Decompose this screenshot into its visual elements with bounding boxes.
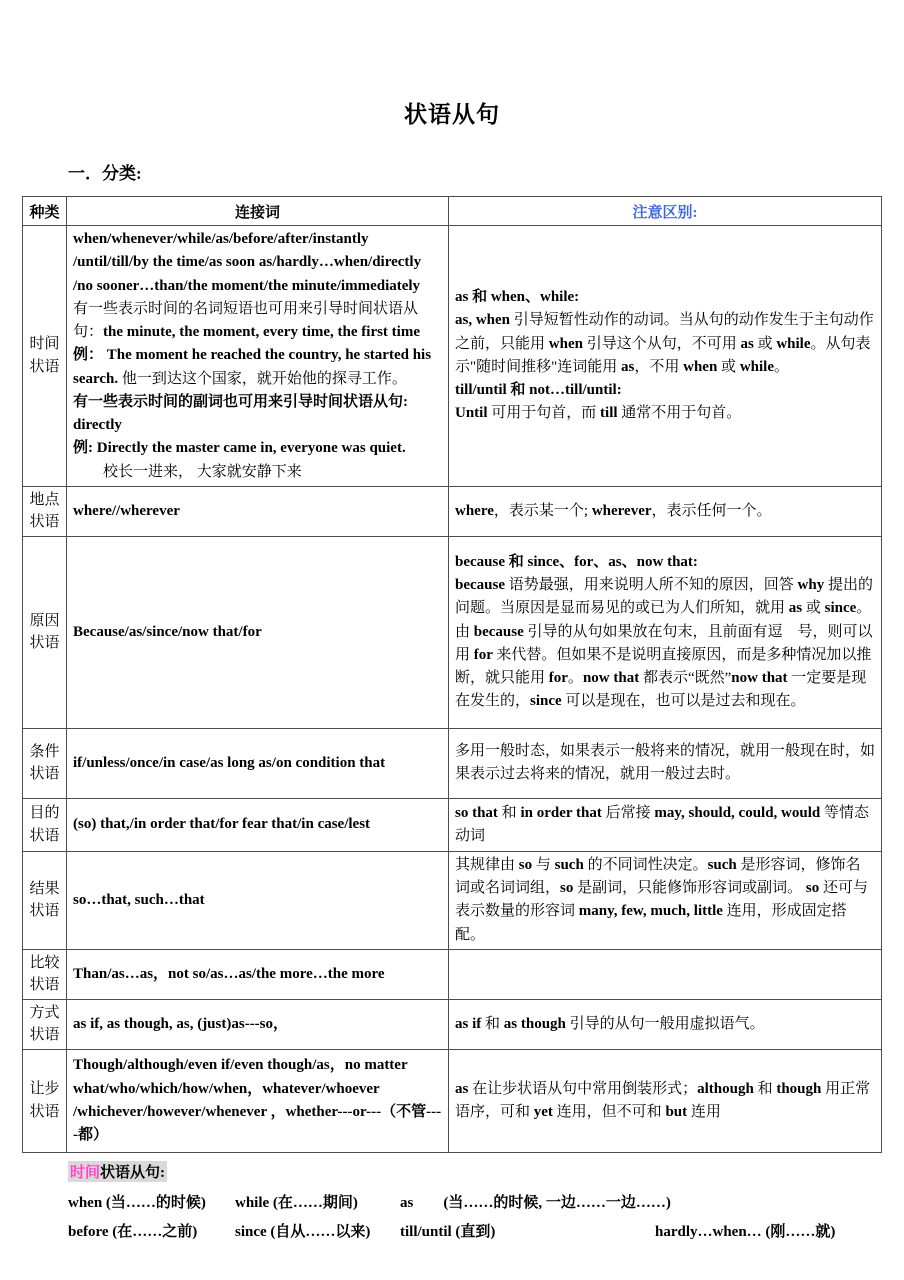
row-note: as 和 when、while:as, when 引导短暂性动作的动词。当从句的…	[449, 226, 882, 487]
time-clause-section: 时间状语从句: when (当……的时候) while (在……期间) as (…	[68, 1161, 904, 1245]
row-type-label: 方式状语	[23, 999, 67, 1049]
row-type-label: 让步状语	[23, 1049, 67, 1152]
classification-table: 种类 连接词 注意区别: 时间状语 when/whenever/while/as…	[22, 196, 882, 1153]
time-clause-heading: 时间状语从句:	[68, 1161, 167, 1182]
row-conjunctions: Though/although/even if/even though/as，n…	[67, 1049, 449, 1152]
row-type-label: 时间状语	[23, 226, 67, 487]
row-conjunctions: as if, as though, as, (just)as---so，	[67, 999, 449, 1049]
row-conjunctions: if/unless/once/in case/as long as/on con…	[67, 728, 449, 798]
row-type-label: 目的状语	[23, 798, 67, 851]
table-row-concession: 让步状语 Though/although/even if/even though…	[23, 1049, 882, 1152]
row-note: because 和 since、for、as、now that:because …	[449, 536, 882, 728]
gloss-since: since (自从……以来)	[235, 1220, 370, 1241]
row-type-label: 原因状语	[23, 536, 67, 728]
row-note: as 在让步状语从句中常用倒装形式；although 和 though 用正常语…	[449, 1049, 882, 1152]
table-header-row: 种类 连接词 注意区别:	[23, 197, 882, 226]
table-row-condition: 条件状语 if/unless/once/in case/as long as/o…	[23, 728, 882, 798]
gloss-as: as (当……的时候, 一边……一边……)	[400, 1191, 671, 1212]
section-heading: 一．分类:	[68, 159, 904, 184]
gloss-before: before (在……之前)	[68, 1220, 197, 1241]
row-type-label: 条件状语	[23, 728, 67, 798]
column-header-conjunctions: 连接词	[67, 197, 449, 226]
table-row-reason: 原因状语 Because/as/since/now that/for becau…	[23, 536, 882, 728]
row-conjunctions: Than/as…as，not so/as…as/the more…the mor…	[67, 949, 449, 999]
row-conjunctions: Because/as/since/now that/for	[67, 536, 449, 728]
table-row-time: 时间状语 when/whenever/while/as/before/after…	[23, 226, 882, 487]
gloss-when: when (当……的时候)	[68, 1191, 206, 1212]
table-row-result: 结果状语 so…that, such…that 其规律由 so 与 such 的…	[23, 851, 882, 949]
column-header-note: 注意区别:	[449, 197, 882, 226]
row-type-label: 比较状语	[23, 949, 67, 999]
row-note: 多用一般时态，如果表示一般将来的情况，就用一般现在时，如果表示过去将来的情况，就…	[449, 728, 882, 798]
row-note	[449, 949, 882, 999]
gloss-hardly-when: hardly…when… (刚……就)	[655, 1220, 835, 1241]
conjunction-gloss-line-1: when (当……的时候) while (在……期间) as (当……的时候, …	[68, 1187, 904, 1216]
gloss-till-until: till/until (直到)	[400, 1220, 495, 1241]
row-conjunctions: so…that, such…that	[67, 851, 449, 949]
document-page: { "page": { "title": "状语从句", "section_he…	[0, 0, 904, 1280]
heading-highlight-text: 时间	[70, 1165, 100, 1181]
row-note: as if 和 as though 引导的从句一般用虚拟语气。	[449, 999, 882, 1049]
table-row-purpose: 目的状语 (so) that,/in order that/for fear t…	[23, 798, 882, 851]
document-canvas: 状语从句 一．分类: 种类 连接词 注意区别: 时间状语 when/whenev…	[0, 0, 904, 1245]
row-type-label: 结果状语	[23, 851, 67, 949]
heading-rest-text: 状语从句:	[100, 1165, 165, 1181]
time-clause-heading-line: 时间状语从句:	[68, 1161, 904, 1182]
row-note: 其规律由 so 与 such 的不同词性决定。such 是形容词，修饰名词或名词…	[449, 851, 882, 949]
page-title: 状语从句	[0, 0, 904, 129]
table-row-place: 地点状语 where//wherever where，表示某一个; wherev…	[23, 486, 882, 536]
row-conjunctions: (so) that,/in order that/for fear that/i…	[67, 798, 449, 851]
row-note: where，表示某一个; wherever，表示任何一个。	[449, 486, 882, 536]
table-row-comparison: 比较状语 Than/as…as，not so/as…as/the more…th…	[23, 949, 882, 999]
row-note: so that 和 in order that 后常接 may, should,…	[449, 798, 882, 851]
row-conjunctions: where//wherever	[67, 486, 449, 536]
conjunction-gloss-line-2: before (在……之前) since (自从……以来) till/until…	[68, 1216, 904, 1245]
table-row-manner: 方式状语 as if, as though, as, (just)as---so…	[23, 999, 882, 1049]
column-header-type: 种类	[23, 197, 67, 226]
row-type-label: 地点状语	[23, 486, 67, 536]
row-conjunctions: when/whenever/while/as/before/after/inst…	[67, 226, 449, 487]
gloss-while: while (在……期间)	[235, 1191, 358, 1212]
